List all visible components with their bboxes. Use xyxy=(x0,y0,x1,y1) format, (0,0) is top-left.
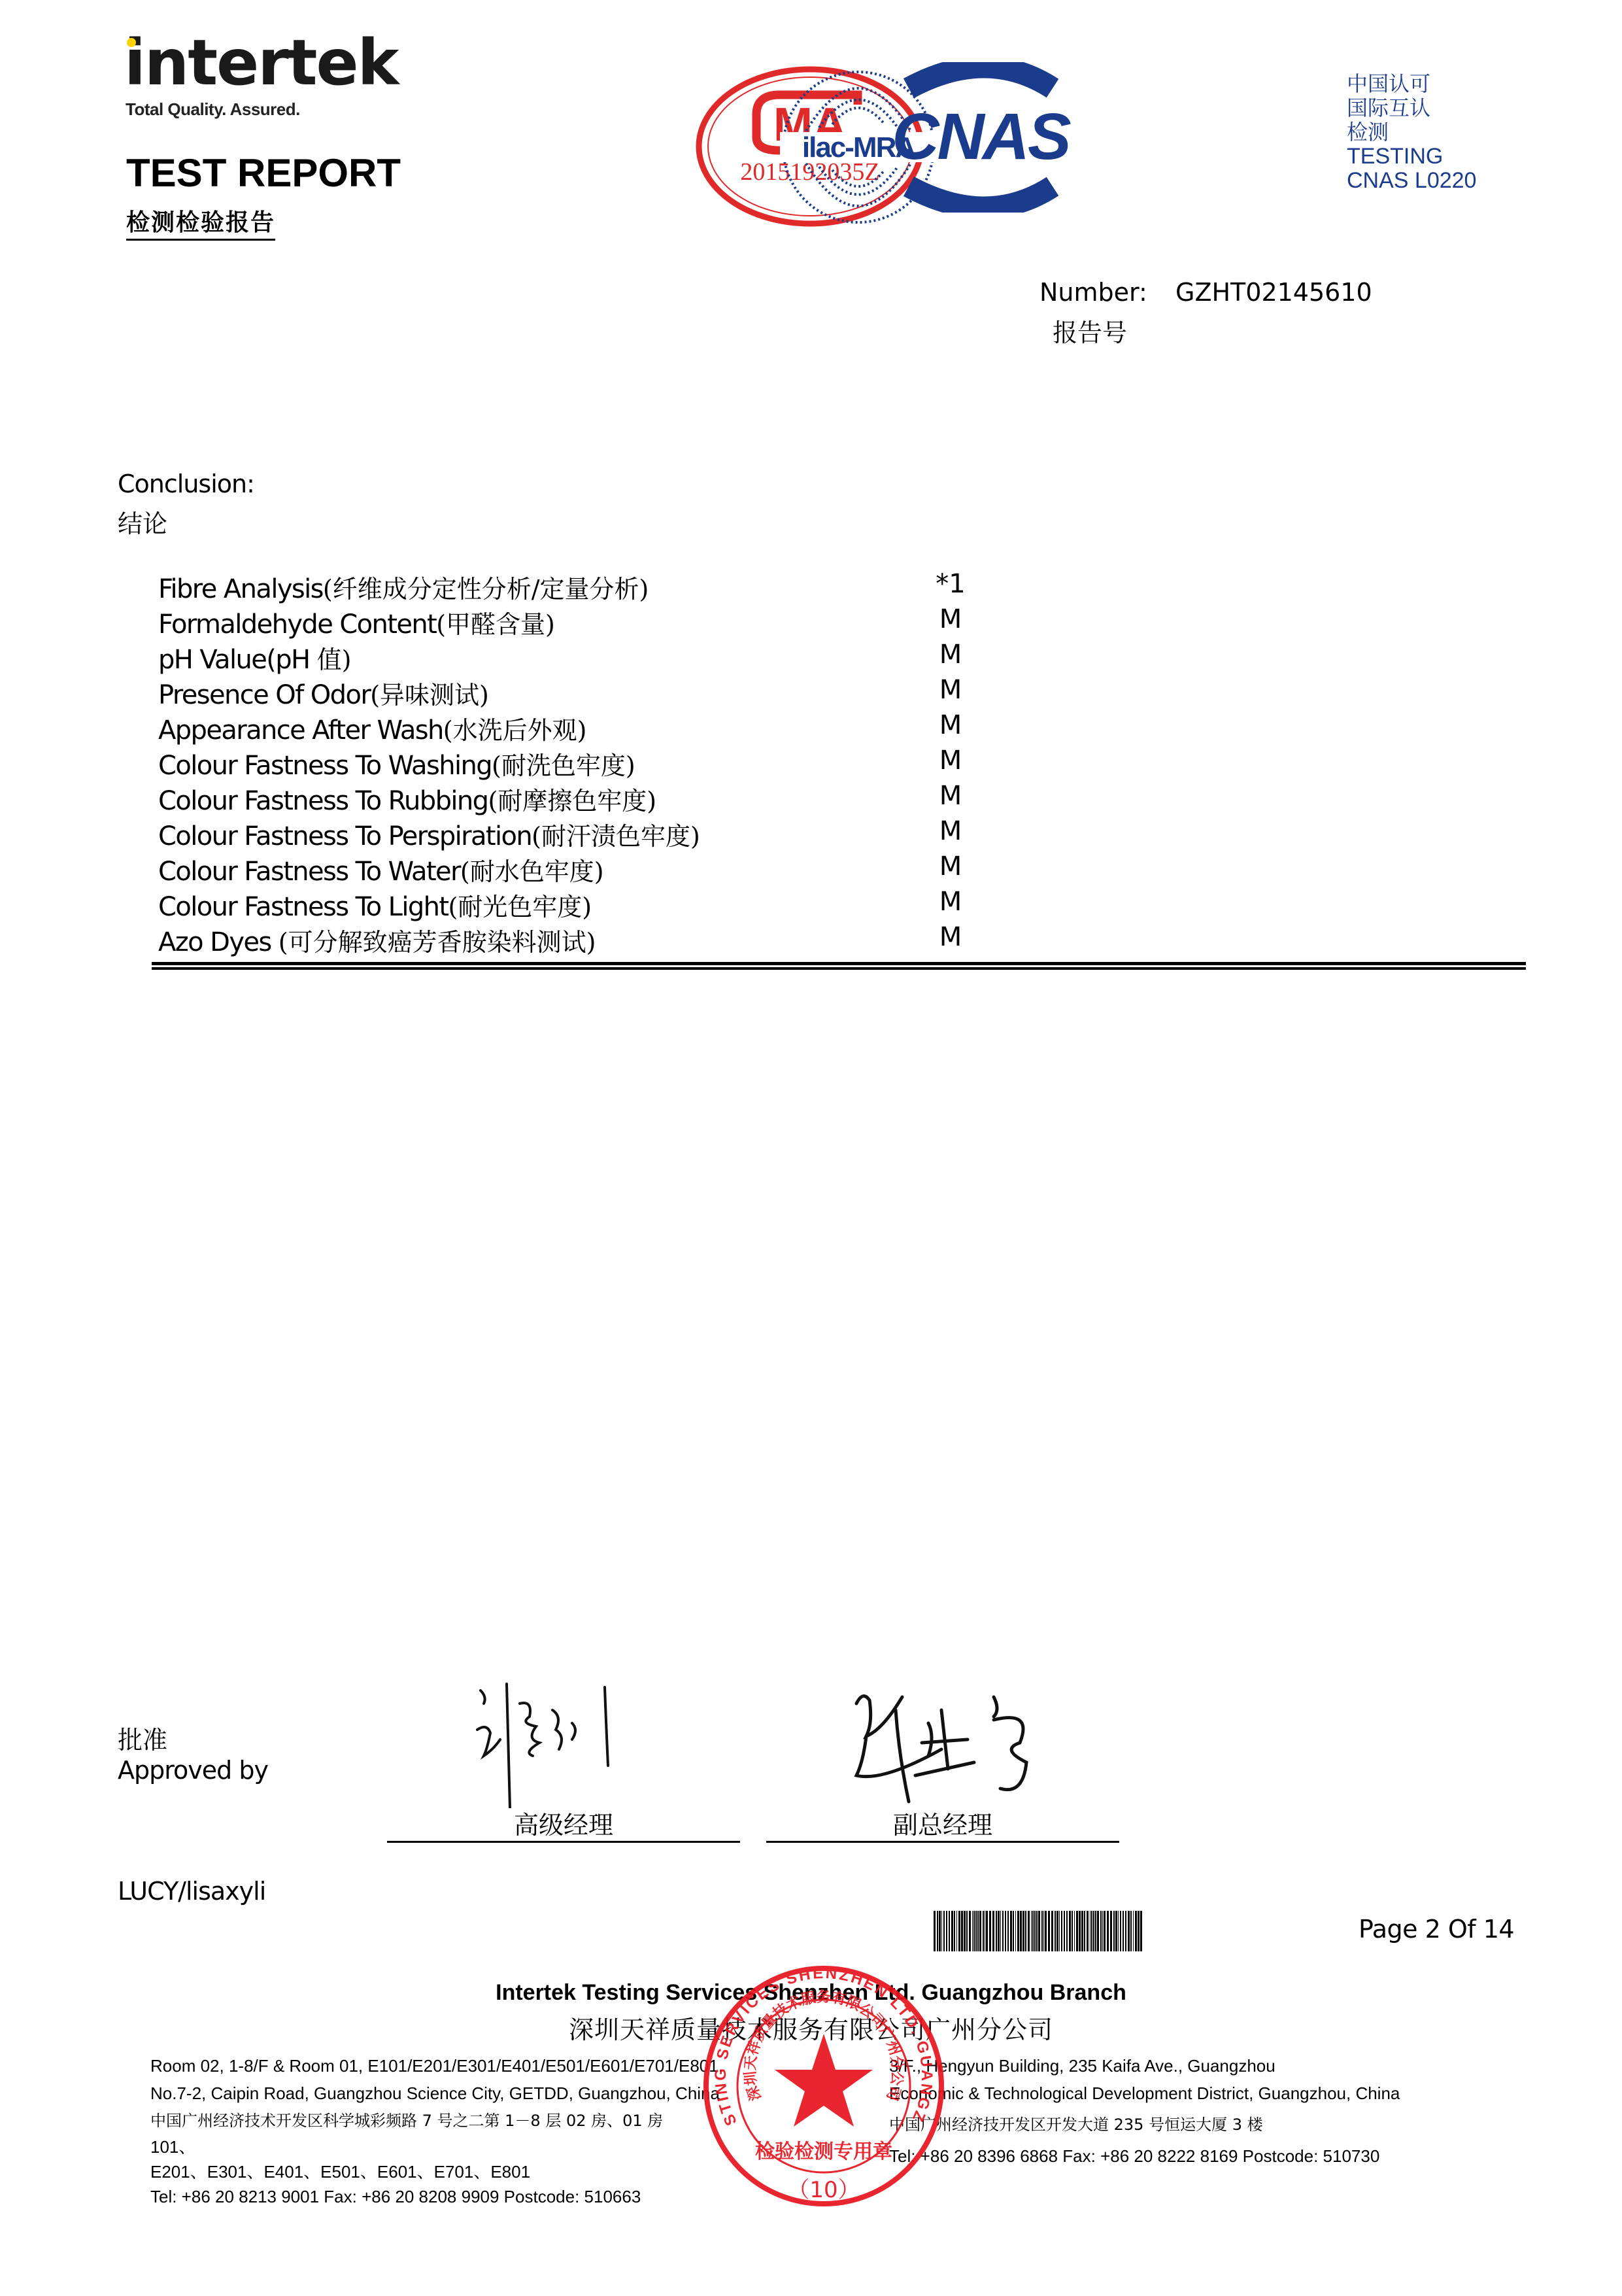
cnas-line: 国际互认 xyxy=(1347,96,1476,120)
company-name-cn: 深圳天祥质量技术服务有限公司广州分公司 xyxy=(0,2010,1622,2046)
table-row: Colour Fastness To Light(耐光色牢度)M xyxy=(158,887,1531,922)
test-item-en: Appearance After Wash xyxy=(158,715,443,745)
table-row: Colour Fastness To Washing(耐洗色牢度)M xyxy=(158,745,1531,781)
conclusion-heading: Conclusion: xyxy=(118,470,254,498)
test-item-en: Formaldehyde Content xyxy=(158,609,436,640)
seal-number: （10） xyxy=(787,2177,860,2203)
test-item-cn: (耐洗色牢度) xyxy=(492,751,635,780)
test-result: M xyxy=(924,675,977,705)
signatory-1-title: 高级经理 xyxy=(387,1805,740,1841)
table-row: Fibre Analysis(纤维成分定性分析/定量分析)*1 xyxy=(158,569,1531,604)
address-line: 中国广州经济技术开发区科学城彩频路 7 号之二第 1－8 层 02 房、01 房 xyxy=(150,2107,723,2134)
address-line: 中国广州经济技开发区开发大道 235 号恒运大厦 3 楼 xyxy=(889,2111,1400,2138)
test-item-en: Colour Fastness To Light xyxy=(158,892,448,922)
test-item-cn: (耐摩擦色牢度) xyxy=(488,787,656,815)
test-item-en: Azo Dyes xyxy=(158,927,279,957)
test-item: pH Value(pH 值) xyxy=(158,640,351,676)
report-title: TEST REPORT xyxy=(126,150,401,196)
test-item-en: Fibre Analysis xyxy=(158,574,323,604)
test-item: Azo Dyes (可分解致癌芳香胺染料测试) xyxy=(158,922,596,958)
signature-2-icon xyxy=(843,1684,1053,1808)
table-row: Colour Fastness To Water(耐水色牢度)M xyxy=(158,851,1531,887)
company-name: Intertek Testing Services Shenzhen Ltd. … xyxy=(0,1980,1622,2006)
test-item-cn: (水洗后外观) xyxy=(443,716,587,745)
test-item-cn: (耐汗渍色牢度) xyxy=(532,822,700,851)
seal-inner-text: 深圳天祥质量技术服务有限公司广州分公司 xyxy=(743,1989,906,2102)
test-item-en: pH Value(pH xyxy=(158,645,317,675)
cnas-line: TESTING xyxy=(1347,145,1476,169)
signature-line-2 xyxy=(766,1841,1119,1843)
report-number-label: Number: xyxy=(1039,278,1147,307)
cnas-mark: CNAS xyxy=(892,100,1071,173)
test-item: Colour Fastness To Light(耐光色牢度) xyxy=(158,887,592,923)
test-item: Presence Of Odor(异味测试) xyxy=(158,675,489,711)
signature-1-icon xyxy=(474,1677,657,1808)
test-item: Colour Fastness To Perspiration(耐汗渍色牢度) xyxy=(158,816,700,852)
test-item-cn: (异味测试) xyxy=(370,681,489,710)
test-item-cn: 值) xyxy=(317,645,352,674)
address-line: Tel: +86 20 8396 6868 Fax: +86 20 8222 8… xyxy=(889,2142,1400,2170)
address-line: 3/F., Hengyun Building, 235 Kaifa Ave., … xyxy=(889,2052,1400,2080)
barcode-icon xyxy=(934,1911,1143,1951)
cnas-line: 检测 xyxy=(1347,120,1476,145)
report-number-label-cn: 报告号 xyxy=(1053,313,1127,349)
test-result: M xyxy=(924,781,977,811)
test-result: M xyxy=(924,851,977,882)
test-result: M xyxy=(924,922,977,952)
address-left: Room 02, 1-8/F & Room 01, E101/E201/E301… xyxy=(150,2052,723,2209)
test-result: M xyxy=(924,710,977,740)
table-row: Appearance After Wash(水洗后外观)M xyxy=(158,710,1531,745)
approved-by-label: Approved by xyxy=(118,1756,268,1785)
test-item: Colour Fastness To Water(耐水色牢度) xyxy=(158,851,604,887)
svg-text:深圳天祥质量技术服务有限公司广州分公司: 深圳天祥质量技术服务有限公司广州分公司 xyxy=(743,1989,906,2102)
test-item-en: Colour Fastness To Water xyxy=(158,857,460,887)
address-right: 3/F., Hengyun Building, 235 Kaifa Ave., … xyxy=(889,2052,1400,2170)
conclusion-heading-cn: 结论 xyxy=(118,504,167,540)
test-item-en: Colour Fastness To Perspiration xyxy=(158,821,532,851)
report-title-cn: 检测检验报告 xyxy=(126,204,275,241)
cnas-badge-icon: CNAS xyxy=(856,62,1118,213)
test-result: M xyxy=(924,745,977,776)
cnas-line: CNAS L0220 xyxy=(1347,169,1476,193)
cnas-caption: 中国认可 国际互认 检测 TESTING CNAS L0220 xyxy=(1347,72,1476,193)
address-line: 101、 xyxy=(150,2134,723,2159)
test-item-cn: (耐水色牢度) xyxy=(460,857,604,886)
conclusion-table: Fibre Analysis(纤维成分定性分析/定量分析)*1Formaldeh… xyxy=(158,569,1531,957)
address-line: No.7-2, Caipin Road, Guangzhou Science C… xyxy=(150,2080,723,2107)
page-number: Page 2 Of 14 xyxy=(1359,1915,1514,1944)
test-result: M xyxy=(924,887,977,917)
logo-dot-icon xyxy=(127,38,136,47)
test-result: M xyxy=(924,640,977,670)
test-item: Fibre Analysis(纤维成分定性分析/定量分析) xyxy=(158,569,649,605)
report-number-value: GZHT02145610 xyxy=(1175,278,1372,307)
test-item-en: Presence Of Odor xyxy=(158,680,370,710)
intertek-logo: intertek xyxy=(124,31,397,94)
address-line: Economic & Technological Development Dis… xyxy=(889,2080,1400,2107)
test-item-cn: (纤维成分定性分析/定量分析) xyxy=(323,575,649,604)
table-row: Azo Dyes (可分解致癌芳香胺染料测试)M xyxy=(158,922,1531,957)
table-row: pH Value(pH 值)M xyxy=(158,640,1531,675)
address-line: E201、E301、E401、E501、E601、E701、E801 xyxy=(150,2159,723,2184)
logo-tagline: Total Quality. Assured. xyxy=(126,99,300,120)
table-row: Colour Fastness To Rubbing(耐摩擦色牢度)M xyxy=(158,781,1531,816)
cnas-line: 中国认可 xyxy=(1347,72,1476,96)
approved-by-label-cn: 批准 xyxy=(118,1720,167,1756)
seal-center-text: 检验检测专用章 xyxy=(755,2140,892,2163)
test-result: M xyxy=(924,604,977,634)
test-item-cn: (耐光色牢度) xyxy=(448,893,592,921)
test-item-en: Colour Fastness To Rubbing xyxy=(158,786,488,816)
test-item-cn: (可分解致癌芳香胺染料测试) xyxy=(279,928,596,957)
test-item-en: Colour Fastness To Washing xyxy=(158,751,492,781)
prepared-by: LUCY/lisaxyli xyxy=(118,1877,265,1906)
signatory-2-title: 副总经理 xyxy=(766,1805,1119,1841)
table-row: Colour Fastness To Perspiration(耐汗渍色牢度)M xyxy=(158,816,1531,851)
table-row: Formaldehyde Content(甲醛含量)M xyxy=(158,604,1531,640)
address-line: Tel: +86 20 8213 9001 Fax: +86 20 8208 9… xyxy=(150,2184,723,2209)
signature-line-1 xyxy=(387,1841,740,1843)
test-item: Appearance After Wash(水洗后外观) xyxy=(158,710,586,746)
test-result: M xyxy=(924,816,977,846)
test-item: Colour Fastness To Rubbing(耐摩擦色牢度) xyxy=(158,781,656,817)
test-item-cn: (甲醛含量) xyxy=(436,610,555,639)
table-row: Presence Of Odor(异味测试)M xyxy=(158,675,1531,710)
test-result: *1 xyxy=(924,569,977,599)
address-line: Room 02, 1-8/F & Room 01, E101/E201/E301… xyxy=(150,2052,723,2080)
table-double-rule xyxy=(152,962,1526,970)
test-item: Formaldehyde Content(甲醛含量) xyxy=(158,604,555,640)
test-item: Colour Fastness To Washing(耐洗色牢度) xyxy=(158,745,635,781)
